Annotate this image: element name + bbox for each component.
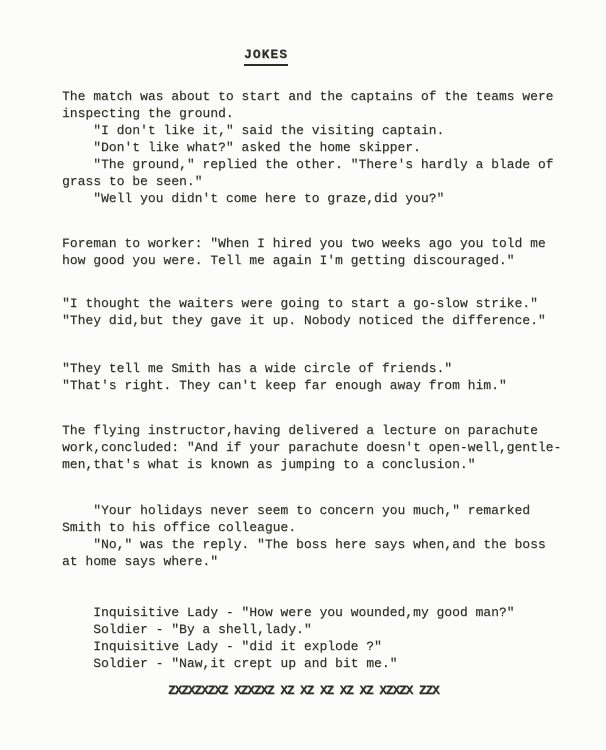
joke-paragraph: "They tell me Smith has a wide circle of… [62, 360, 570, 394]
joke-paragraph: Foreman to worker: "When I hired you two… [62, 235, 570, 269]
joke-line: "Don't like what?" asked the home skippe… [62, 139, 570, 156]
joke-line: Inquisitive Lady - "How were you wounded… [62, 604, 570, 621]
joke-line: Inquisitive Lady - "did it explode ?" [62, 638, 570, 655]
joke-line: "Well you didn't come here to graze,did … [62, 190, 570, 207]
joke-paragraph: "Your holidays never seem to concern you… [62, 502, 570, 570]
jokes-list: The match was about to start and the cap… [62, 88, 570, 672]
joke-paragraph: "I thought the waiters were going to sta… [62, 295, 570, 329]
joke-line: at home says where." [62, 553, 570, 570]
joke-paragraph: Inquisitive Lady - "How were you wounded… [62, 604, 570, 672]
joke-line: work,concluded: "And if your parachute d… [62, 439, 570, 456]
joke-line: The flying instructor,having delivered a… [62, 422, 570, 439]
joke-line: Soldier - "Naw,it crept up and bit me." [62, 655, 570, 672]
joke-line: Soldier - "By a shell,lady." [62, 621, 570, 638]
joke-line: inspecting the ground. [62, 105, 570, 122]
joke-line: "They tell me Smith has a wide circle of… [62, 360, 570, 377]
joke-line: grass to be seen." [62, 173, 570, 190]
joke-line: "No," was the reply. "The boss here says… [62, 536, 570, 553]
page-title: JOKES [244, 46, 288, 66]
joke-line: how good you were. Tell me again I'm get… [62, 252, 570, 269]
joke-line: "Your holidays never seem to concern you… [62, 502, 570, 519]
joke-paragraph: The match was about to start and the cap… [62, 88, 570, 207]
joke-line: "They did,but they gave it up. Nobody no… [62, 312, 570, 329]
joke-line: "The ground," replied the other. "There'… [62, 156, 570, 173]
joke-line: Smith to his office colleague. [62, 519, 570, 536]
joke-paragraph: The flying instructor,having delivered a… [62, 422, 570, 473]
joke-line: "I don't like it," said the visiting cap… [62, 122, 570, 139]
typed-divider-line: ZXZXZXZXZ XZXZXZ XZ XZ XZ XZ XZ XZXZX ZZ… [168, 682, 570, 699]
joke-line: Foreman to worker: "When I hired you two… [62, 235, 570, 252]
joke-line: "That's right. They can't keep far enoug… [62, 377, 570, 394]
joke-line: "I thought the waiters were going to sta… [62, 295, 570, 312]
document-page: JOKES The match was about to start and t… [0, 0, 606, 750]
joke-line: The match was about to start and the cap… [62, 88, 570, 105]
joke-line: men,that's what is known as jumping to a… [62, 456, 570, 473]
